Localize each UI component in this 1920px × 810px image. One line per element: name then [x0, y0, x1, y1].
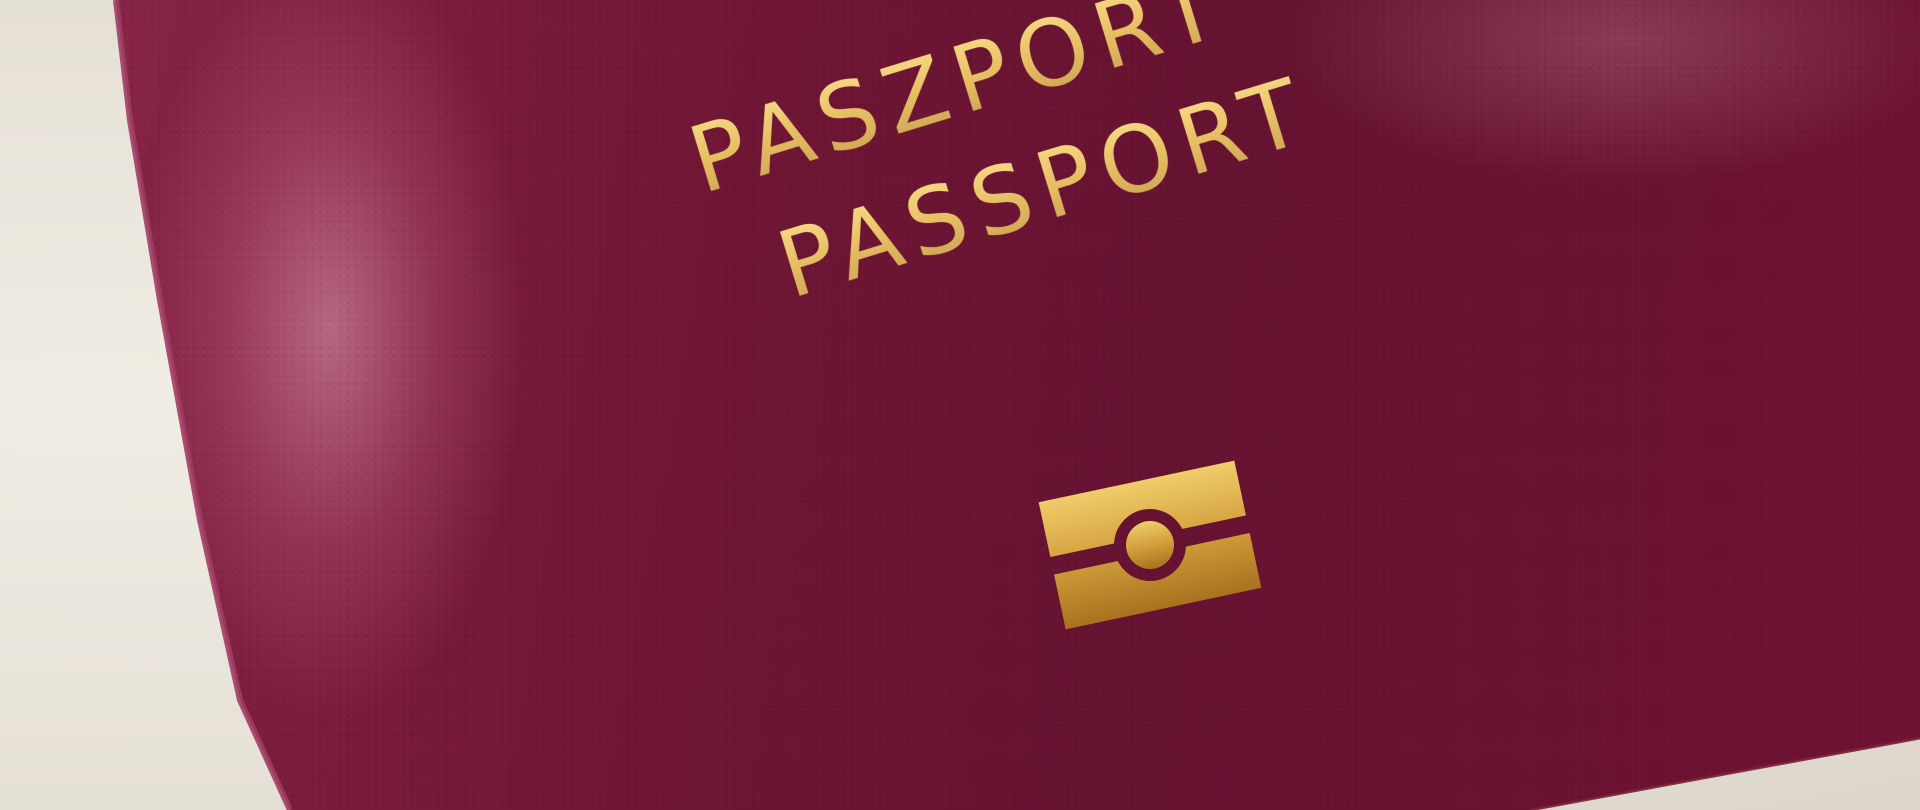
photo-scene: PASZPORT PASSPORT — [0, 0, 1920, 810]
